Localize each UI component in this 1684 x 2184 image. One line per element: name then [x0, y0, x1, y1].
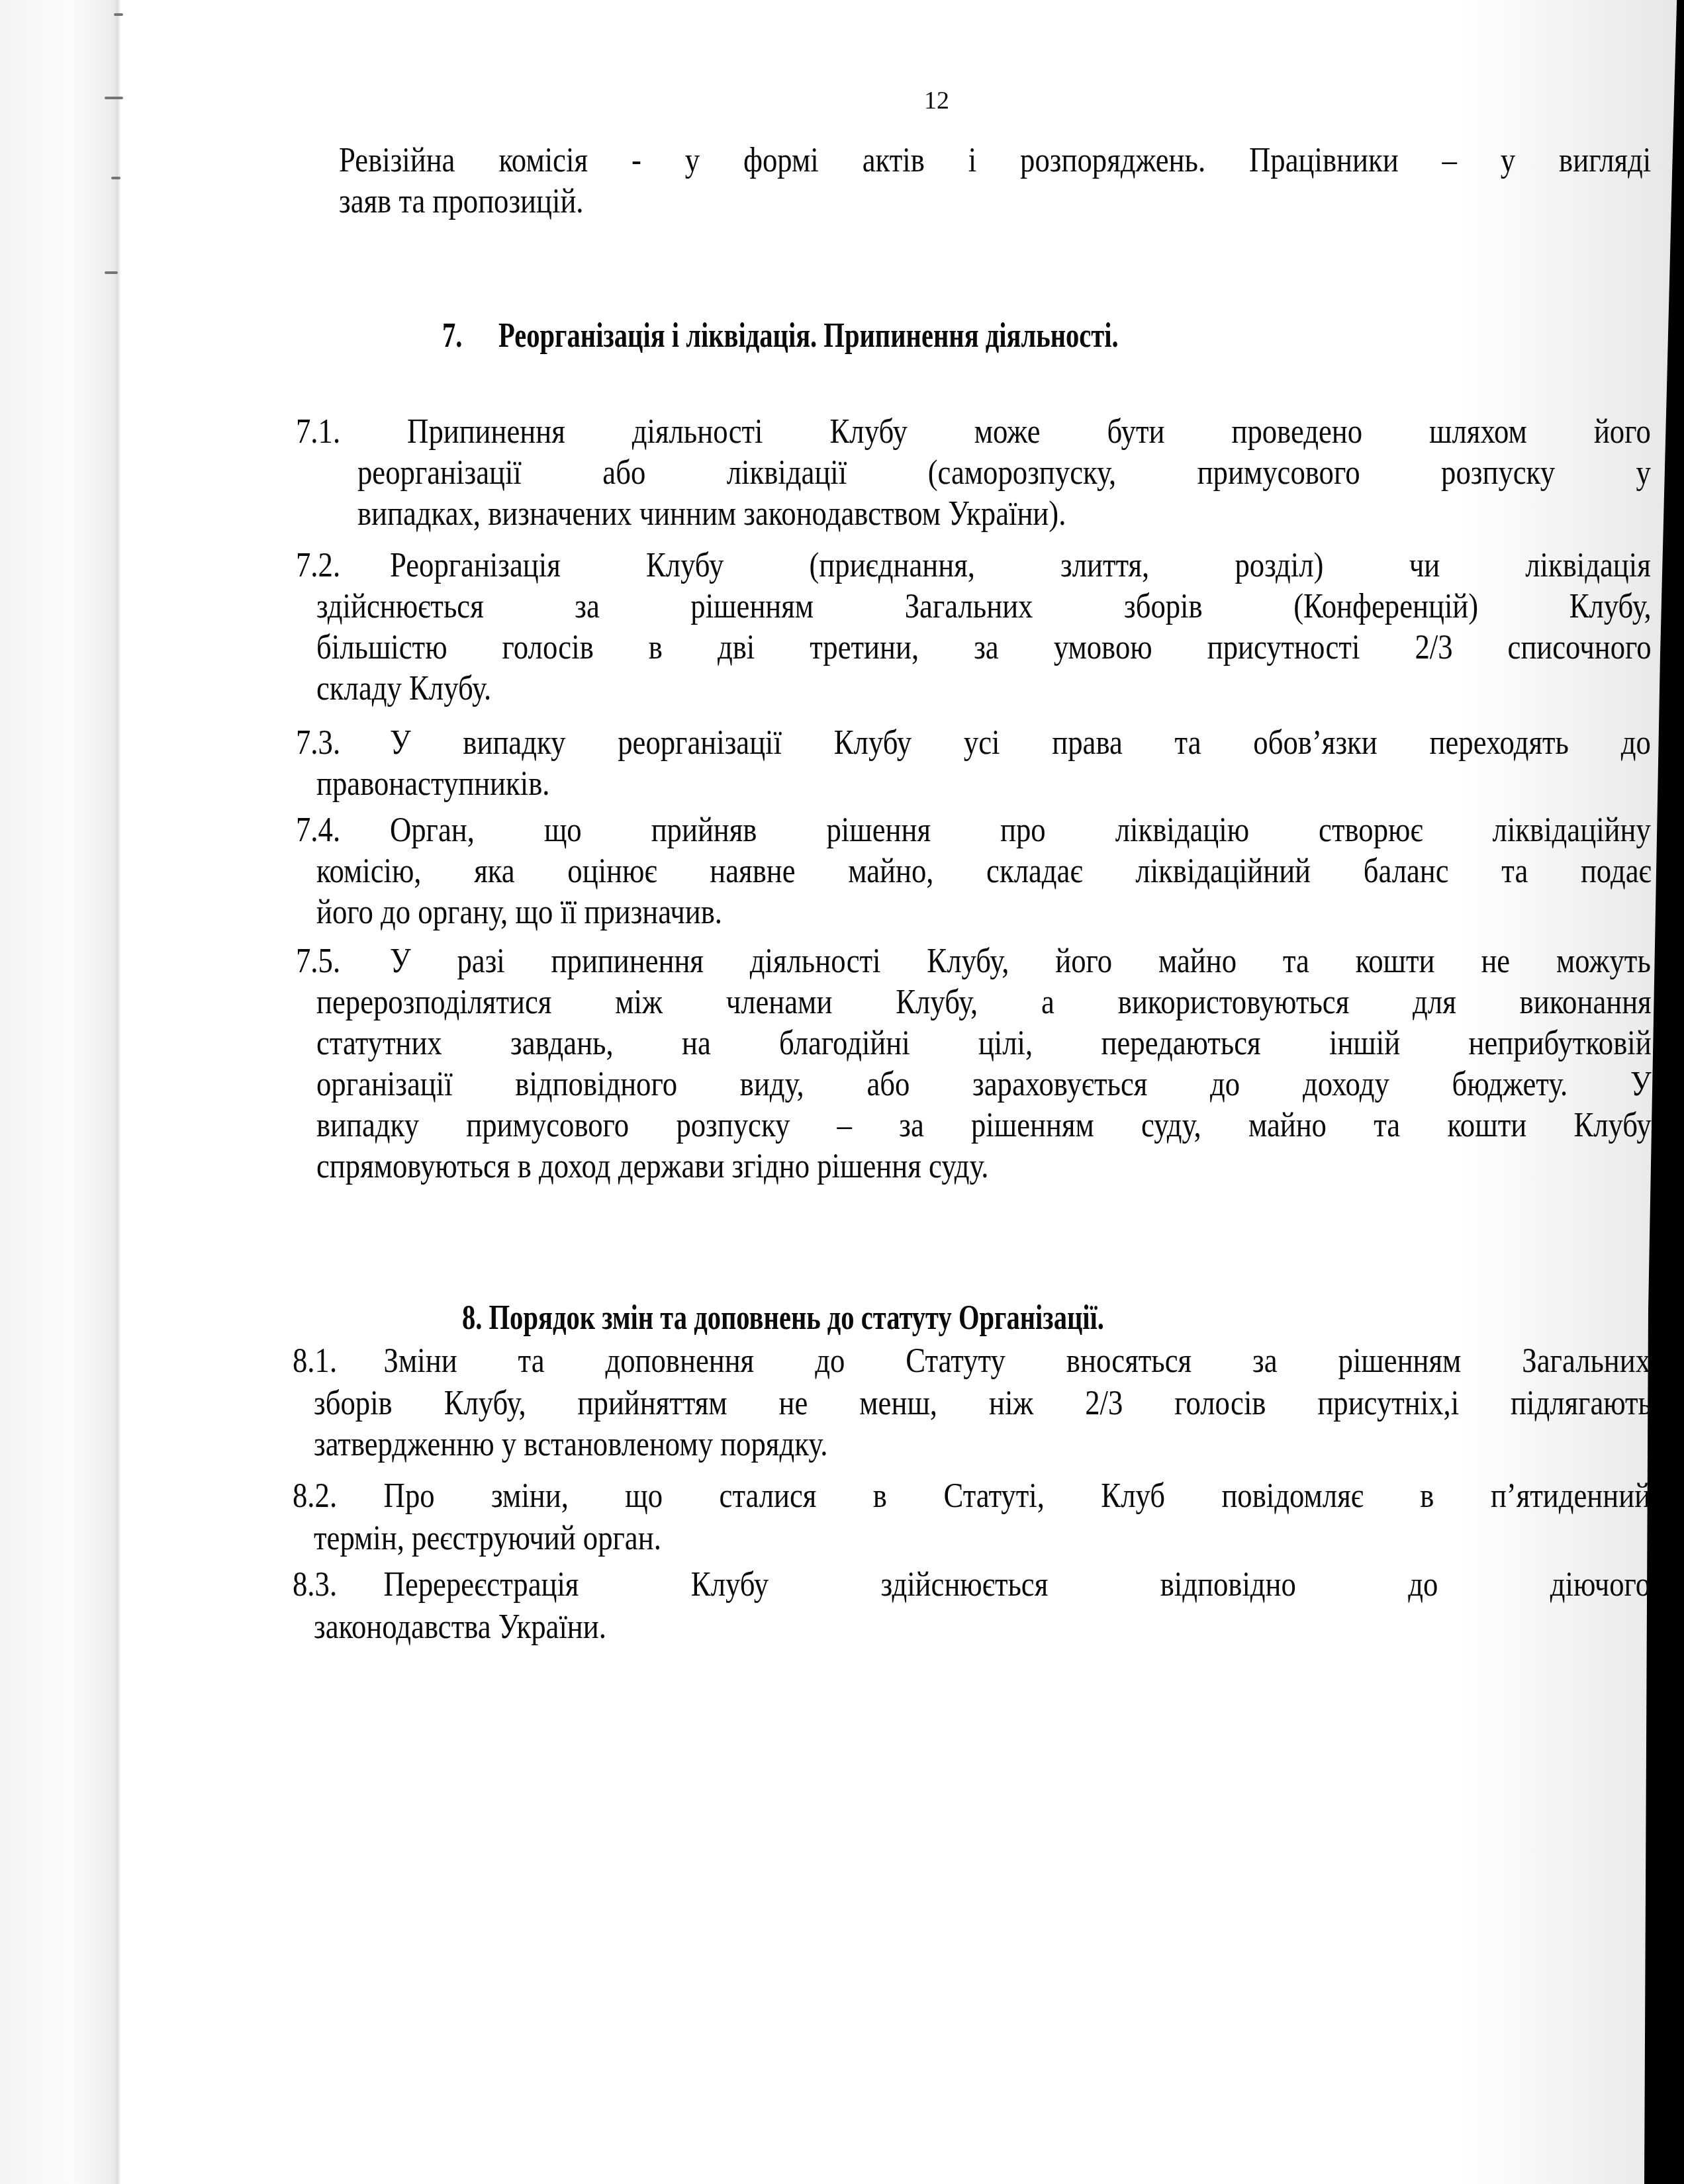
text-line: спрямовуються в доход держави згідно ріш…: [316, 1146, 1652, 1187]
text-line: реорганізації або ліквідації (саморозпус…: [357, 453, 1651, 494]
text-line: Зміни та доповнення до Статуту вносяться…: [384, 1342, 1651, 1380]
text-line: У разі припинення діяльності Клубу, його…: [390, 942, 1651, 980]
text-line: статутних завдань, на благодійні цілі, п…: [316, 1023, 1652, 1064]
binding-mark: [114, 13, 123, 16]
section-7-heading: 7.Реорганізація і ліквідація. Припинення…: [442, 316, 1119, 355]
text-line: його до органу, що її призначив.: [316, 892, 1652, 933]
clause-number: 8.1.: [293, 1341, 384, 1382]
text-line: складу Клубу.: [316, 668, 1652, 709]
text-line: заяв та пропозицій.: [339, 181, 1651, 222]
clause-7-5-continued: перерозподілятися між членами Клубу, а в…: [316, 982, 1652, 1187]
binding-mark: [111, 177, 120, 179]
binding-mark: [105, 97, 123, 99]
text-line: комісію, яка оцінює наявне майно, склада…: [316, 851, 1652, 892]
clause-7-4-continued: комісію, яка оцінює наявне майно, склада…: [316, 851, 1652, 933]
clause-7-4: 7.4.Орган, що прийняв рішення про ліквід…: [296, 810, 1651, 851]
text-line: перерозподілятися між членами Клубу, а в…: [316, 982, 1652, 1023]
text-line: Реорганізація Клубу (приєднання, злиття,…: [390, 547, 1651, 584]
clause-8-1-continued: зборів Клубу, прийняттям не менш, ніж 2/…: [314, 1383, 1652, 1465]
page-binding-edge: [117, 0, 120, 2184]
clause-7-3: 7.3.У випадку реорганізації Клубу усі пр…: [296, 723, 1651, 764]
text-line: Припинення діяльності Клубу може бути пр…: [407, 413, 1651, 451]
clause-number: 7.2.: [296, 545, 390, 586]
text-line: Орган, що прийняв рішення про ліквідацію…: [390, 811, 1651, 849]
section-number: 7.: [442, 317, 462, 355]
text-line: У випадку реорганізації Клубу усі права …: [390, 724, 1651, 762]
text-line: Перереєстрація Клубу здійснюється відпов…: [384, 1566, 1651, 1604]
section-title: Реорганізація і ліквідація. Припинення д…: [498, 317, 1119, 355]
clause-8-3: 8.3.Перереєстрація Клубу здійснюється ві…: [293, 1565, 1650, 1606]
text-line: Про зміни, що сталися в Статуті, Клуб по…: [384, 1477, 1651, 1515]
binding-mark: [105, 271, 118, 274]
text-line: термін, реєструючий орган.: [314, 1518, 1652, 1559]
page-binding-shadow: [0, 0, 119, 2184]
clause-8-2: 8.2.Про зміни, що сталися в Статуті, Клу…: [293, 1476, 1650, 1517]
clause-number: 7.5.: [296, 941, 390, 982]
text-line: законодавства України.: [314, 1607, 1652, 1648]
intro-paragraph: Ревізійна комісія - у формі актів і розп…: [339, 140, 1651, 222]
clause-number: 7.4.: [296, 810, 390, 851]
clause-number: 7.1.: [296, 413, 340, 451]
clause-7-1: 7.1. Припинення діяльності Клубу може бу…: [296, 412, 1651, 453]
text-line: зборів Клубу, прийняттям не менш, ніж 2/…: [314, 1383, 1652, 1424]
page-number: 12: [924, 86, 949, 115]
text-line: затвердженню у встановленому порядку.: [314, 1424, 1652, 1465]
text-line: більшістю голосів в дві третини, за умов…: [316, 627, 1652, 668]
clause-7-5: 7.5.У разі припинення діяльності Клубу, …: [296, 941, 1651, 982]
text-line: здійснюється за рішенням Загальних зборі…: [316, 586, 1652, 627]
clause-8-1: 8.1.Зміни та доповнення до Статуту внося…: [293, 1341, 1650, 1382]
clause-7-2: 7.2.Реорганізація Клубу (приєднання, зли…: [296, 545, 1651, 586]
clause-8-3-continued: законодавства України.: [314, 1607, 1652, 1648]
text-line: Ревізійна комісія - у формі актів і розп…: [339, 140, 1651, 181]
clause-8-2-continued: термін, реєструючий орган.: [314, 1518, 1652, 1559]
text-line: правонаступників.: [316, 764, 1652, 805]
clause-number: 8.2.: [293, 1476, 384, 1517]
clause-7-3-continued: правонаступників.: [316, 764, 1652, 805]
clause-number: 8.3.: [293, 1565, 384, 1606]
text-line: випадках, визначених чинним законодавств…: [357, 494, 1651, 535]
clause-number: 7.3.: [296, 723, 390, 764]
text-line: організації відповідного виду, або зарах…: [316, 1064, 1652, 1105]
section-8-heading: 8. Порядок змін та доповнень до статуту …: [462, 1298, 1104, 1338]
text-line: випадку примусового розпуску – за рішенн…: [316, 1105, 1652, 1146]
clause-7-2-continued: здійснюється за рішенням Загальних зборі…: [316, 586, 1652, 709]
clause-7-1-continued: реорганізації або ліквідації (саморозпус…: [357, 453, 1651, 535]
